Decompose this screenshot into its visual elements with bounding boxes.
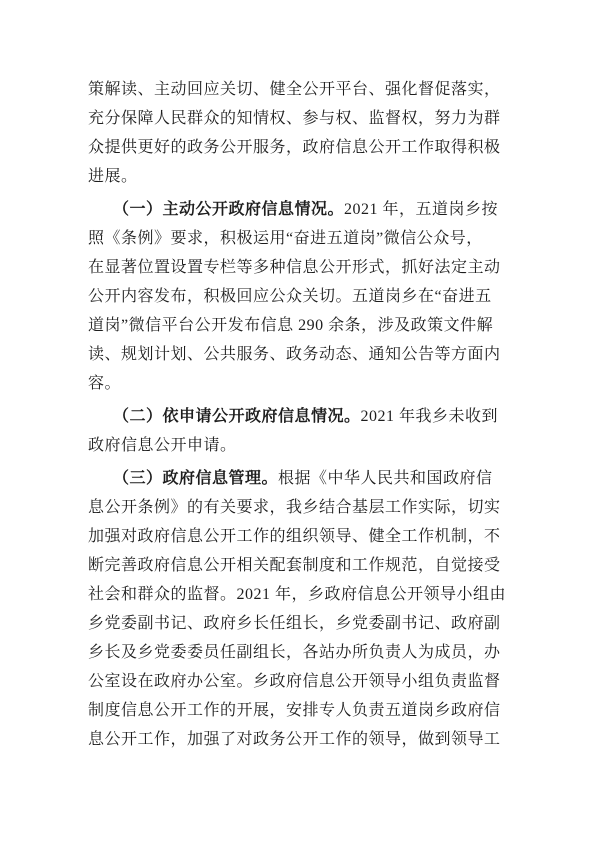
text-run: 2021 年，五道岗乡按 <box>344 201 498 218</box>
section-heading: （一）主动公开政府信息情况。 <box>113 201 344 218</box>
text-line: （二）依申请公开政府信息情况。2021 年我乡未收到 <box>88 402 504 431</box>
section-heading: （二）依申请公开政府信息情况。 <box>113 408 361 425</box>
paragraph: 策解读、主动回应关切、健全公开平台、强化督促落实， 充分保障人民群众的知情权、参… <box>88 75 504 191</box>
text-line: 读、规划计划、公共服务、政务动态、通知公告等方面内 <box>88 340 504 369</box>
text-line: 众提供更好的政务公开服务，政府信息公开工作取得积极 <box>88 133 504 162</box>
text-line: 在显著位置设置专栏等多种信息公开形式，抓好法定主动 <box>88 253 504 282</box>
text-line: 息公开条例》的有关要求，我乡结合基层工作实际，切实 <box>88 493 504 522</box>
paragraph: （三）政府信息管理。根据《中华人民共和国政府信 息公开条例》的有关要求，我乡结合… <box>88 464 504 754</box>
text-line: 乡党委副书记、政府乡长任组长，乡党委副书记、政府副 <box>88 609 504 638</box>
text-line: 充分保障人民群众的知情权、参与权、监督权，努力为群 <box>88 104 504 133</box>
text-line: 照《条例》要求，积极运用“奋进五道岗”微信公众号， <box>88 224 504 253</box>
text-line: 乡长及乡党委委员任副组长，各站办所负责人为成员，办 <box>88 638 504 667</box>
text-run: 2021 年我乡未收到 <box>361 408 499 425</box>
text-line: 加强对政府信息公开工作的组织领导、健全工作机制，不 <box>88 522 504 551</box>
text-line: 制度信息公开工作的开展，安排专人负责五道岗乡政府信 <box>88 696 504 725</box>
text-run: 根据《中华人民共和国政府信 <box>278 470 493 487</box>
paragraph: （一）主动公开政府信息情况。2021 年，五道岗乡按 照《条例》要求，积极运用“… <box>88 195 504 398</box>
text-line: 公室设在政府办公室。乡政府信息公开领导小组负责监督 <box>88 667 504 696</box>
paragraph: （二）依申请公开政府信息情况。2021 年我乡未收到 政府信息公开申请。 <box>88 402 504 460</box>
text-line: 策解读、主动回应关切、健全公开平台、强化督促落实， <box>88 75 504 104</box>
text-line: 进展。 <box>88 162 504 191</box>
text-line: （三）政府信息管理。根据《中华人民共和国政府信 <box>88 464 504 493</box>
section-heading: （三）政府信息管理。 <box>113 470 278 487</box>
text-line: 容。 <box>88 369 504 398</box>
text-line: 息公开工作，加强了对政务公开工作的领导，做到领导工 <box>88 725 504 754</box>
text-line: 公开内容发布，积极回应公众关切。五道岗乡在“奋进五 <box>88 282 504 311</box>
document-page: 策解读、主动回应关切、健全公开平台、强化督促落实， 充分保障人民群众的知情权、参… <box>0 0 600 848</box>
text-line: 断完善政府信息公开相关配套制度和工作规范，自觉接受 <box>88 551 504 580</box>
text-line: 社会和群众的监督。2021 年，乡政府信息公开领导小组由 <box>88 580 504 609</box>
text-line: 道岗”微信平台公开发布信息 290 余条，涉及政策文件解 <box>88 311 504 340</box>
text-line: （一）主动公开政府信息情况。2021 年，五道岗乡按 <box>88 195 504 224</box>
text-line: 政府信息公开申请。 <box>88 431 504 460</box>
